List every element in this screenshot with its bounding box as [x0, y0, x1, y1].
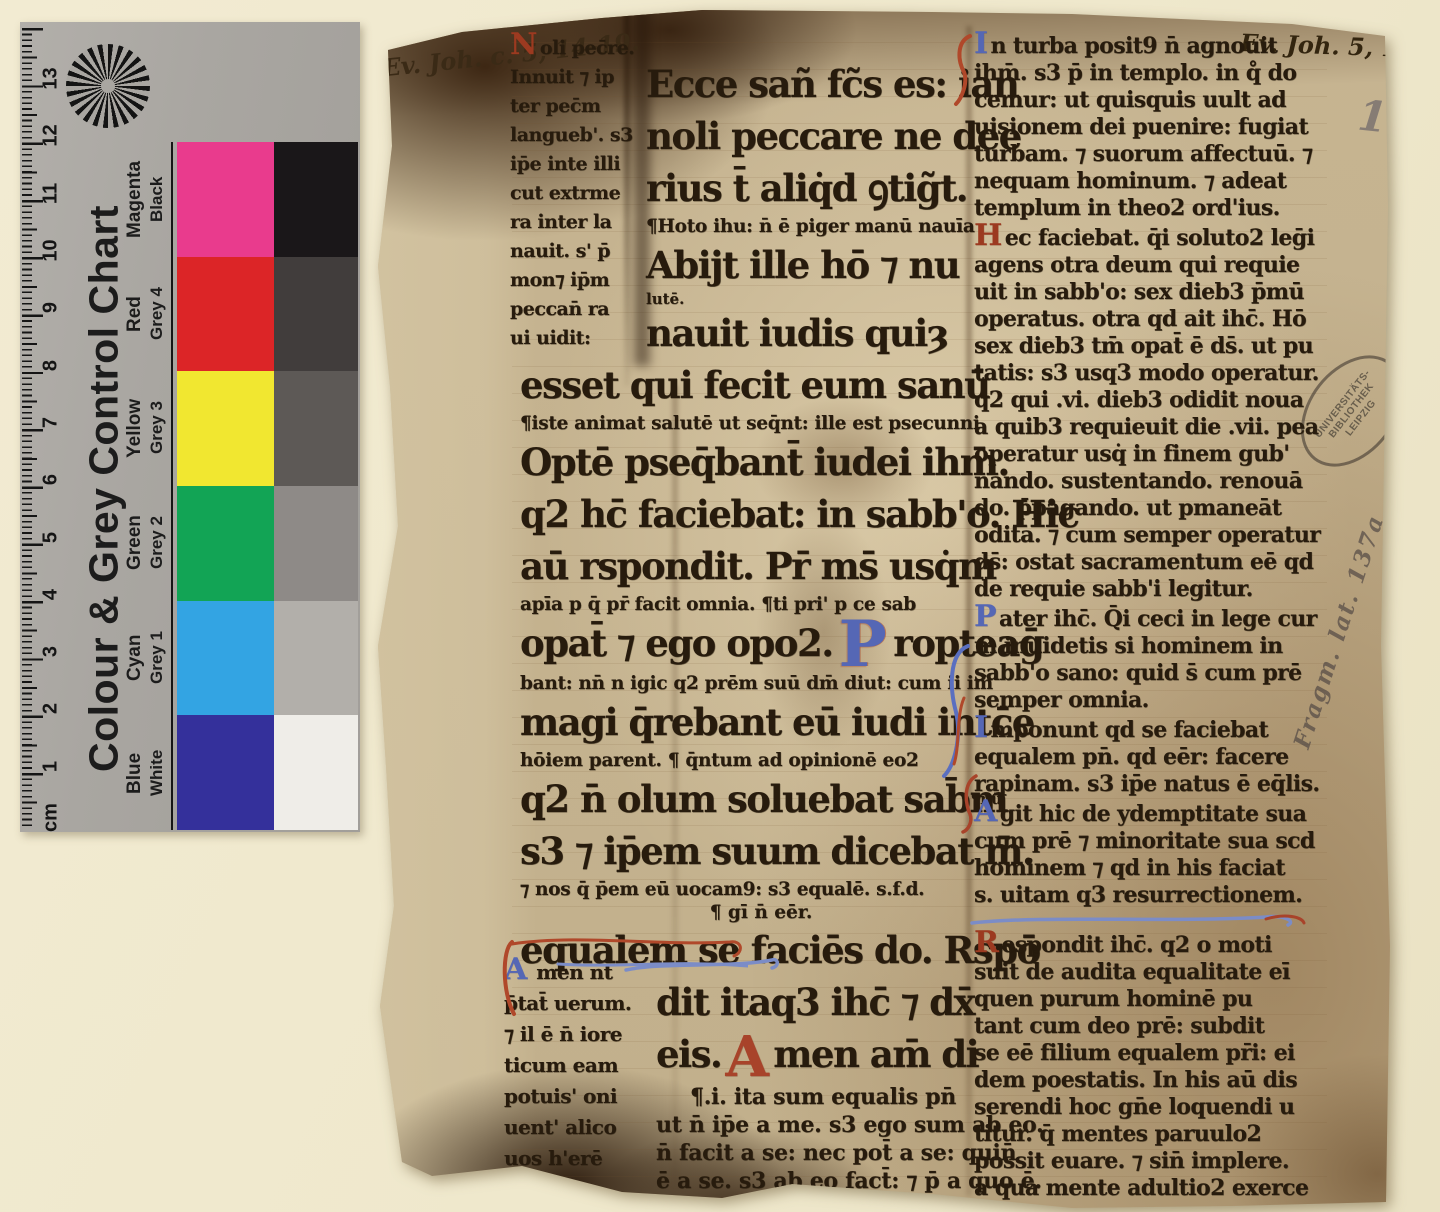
ruler-number: 8	[40, 350, 63, 380]
red-paragraph-flourish	[950, 32, 976, 108]
manuscript-line: titur. q̄ mentes paruulo2	[974, 1121, 1326, 1148]
decorated-initial: I	[974, 710, 987, 745]
manuscript-line: operatus. otra qd ait ihc̄. Hō	[974, 306, 1326, 333]
manuscript-line: Hec faciebat. q̄i soluto2 leḡi	[974, 222, 1326, 252]
manuscript-line: turbam. ⁊ suorum affectuū. ⁊	[974, 141, 1326, 168]
manuscript-line: a qua mente adultio2 exerce	[974, 1175, 1326, 1202]
ruler-number: 5	[40, 522, 63, 552]
manuscript-line: rapinam. s3 ip̄e natus ē eq̄lis.	[974, 771, 1326, 798]
chart-color-label: Blue	[124, 716, 146, 830]
red-blue-flourish	[498, 932, 748, 1022]
ruler-number: 6	[40, 465, 63, 495]
manuscript-line: serendi hoc gn̄e loquendi u	[974, 1094, 1326, 1121]
manuscript-line: semper omnia.	[974, 687, 1326, 714]
manuscript-line: ¶n̄ūq2 n̄ olum soluebat sab̄m	[520, 773, 1002, 825]
chart-grey-patch	[274, 142, 358, 257]
manuscript-line: se eē filium equalem pr̄i: ei	[974, 1040, 1326, 1067]
manuscript-line: uit in sabb'o: sex dieb3 p̄mū	[974, 279, 1326, 306]
chart-grey-patch	[274, 371, 358, 486]
manuscript-line: noli peccare ne dee	[520, 110, 1002, 162]
decorated-initial: H	[974, 218, 1002, 253]
manuscript-line: possit euare. ⁊ sin̄ implere.	[974, 1148, 1326, 1175]
manuscript-line: In turba posit9 n̄ agnouit	[974, 30, 1326, 60]
right-text-column: In turba posit9 n̄ agnouitihm̄. s3 p̄ in…	[974, 30, 1326, 1202]
decorated-initial: P	[974, 599, 996, 634]
ruler-number: 10	[40, 236, 63, 266]
chart-grey-label: White	[147, 716, 167, 830]
manuscript-line: nequam hominum. ⁊ adeat	[974, 168, 1326, 195]
ruler-number: 7	[40, 407, 63, 437]
manuscript-line: uisionem dei puenire: fugiat	[974, 114, 1326, 141]
manuscript-line: a quib3 requieuit die .vii. pea	[974, 414, 1326, 441]
decorated-initial: N	[510, 27, 537, 62]
manuscript-gloss-line: uos h'erē	[504, 1143, 656, 1174]
manuscript-line: Agit hic de ydemptitate sua	[974, 798, 1326, 828]
blue-underline-flourish	[622, 954, 782, 976]
manuscript-line: nauit iudis quiȝ	[520, 307, 1002, 359]
chart-grey-label: Black	[147, 142, 167, 256]
decorated-initial: I	[974, 26, 987, 61]
manuscript-line: ¶Hoto ihu: n̄ ē piger manū nauīa	[520, 214, 1002, 239]
manuscript-line: tant cum deo prē: subdit	[974, 1013, 1326, 1040]
manuscript-line: equalem pn̄. qd eēr: facere	[974, 744, 1326, 771]
manuscript-line: de requie sabb'i legitur.	[974, 576, 1326, 603]
manuscript-line: ⁊ nos q̄ p̄em eū uocam9: s3 equalē. s.f.…	[520, 877, 1002, 902]
manuscript-line: esset qui fecit eum sanū	[520, 359, 1002, 411]
manuscript-line: nando. sustentando. renouā	[974, 468, 1326, 495]
manuscript-line: operatur usq̇ in finem gub'	[974, 441, 1326, 468]
ruler-number: 2	[40, 694, 63, 724]
manuscript-line: sex dieb3 tm̄ opat̄ ē ds̄. ut pu	[974, 333, 1326, 360]
manuscript-line: hominem ⁊ qd in his faciat	[974, 855, 1326, 882]
ruler-number: 11	[40, 178, 63, 208]
manuscript-line: ¶iste animat salutē ut seq̄nt: ille est …	[520, 411, 1002, 436]
manuscript-fragment-wrap: Ev. Joh. c. 5, 14-19. Ev. Joh. 5, 14-19.…	[372, 6, 1398, 1210]
starburst-logo-icon	[66, 44, 150, 128]
manuscript-gloss-line: ⁊ il ē n̄ iore	[504, 1019, 656, 1050]
chart-patches	[177, 142, 358, 830]
manuscript-line: cum prē ⁊ minoritate sua scd	[974, 828, 1326, 855]
chart-grey-label: Grey 3	[147, 371, 167, 485]
manuscript-line: m̄ inuidetis si hominem in	[974, 633, 1326, 660]
chart-grey-patch	[274, 601, 358, 716]
photograph-canvas: { "color_chart": { "title": "Colour & Gr…	[0, 0, 1440, 1212]
chart-color-patch	[177, 257, 274, 372]
manuscript-line: tatis: s3 usq3 modo operatur.	[974, 360, 1326, 387]
manuscript-line: lutē.	[520, 291, 1002, 307]
manuscript-line: dem poestatis. In his aū dis	[974, 1067, 1326, 1094]
blue-paragraph-flourish	[940, 642, 974, 782]
page-number-pencil: 1	[1356, 91, 1390, 143]
ruler-unit-label: cm	[40, 803, 63, 833]
manuscript-line: quen purum hominē pu	[974, 986, 1326, 1013]
manuscript-line: bant: nn̄ n igic q2 prēm suū dm̄ diut: c…	[520, 671, 1002, 696]
chart-color-label: Magenta	[124, 142, 146, 256]
manuscript-line: ihm̄. s3 p̄ in templo. in q̊ do	[974, 60, 1326, 87]
chart-grey-patch	[274, 486, 358, 601]
manuscript-gloss-line: uent' alico	[504, 1112, 656, 1143]
chart-color-patch	[177, 715, 274, 830]
manuscript-line: templum in theo2 ord'ius.	[974, 195, 1326, 222]
manuscript-line: ds̄: ostat sacramentum eē qd	[974, 549, 1326, 576]
red-paragraph-flourish	[958, 772, 982, 836]
chart-color-patch	[177, 486, 274, 601]
ruler-number: 4	[40, 579, 63, 609]
label-divider-line	[171, 142, 173, 830]
manuscript-line: q2 hc̄ faciebat: in sabb'o. Hic	[520, 488, 1002, 540]
manuscript-line: hōiem parent. ¶ q̄ntum ad opinionē eo2	[520, 748, 1002, 773]
chart-color-label: Red	[124, 257, 146, 371]
ruler: 12345678910111213 cm	[20, 22, 60, 832]
chart-grey-patch	[274, 715, 358, 830]
manuscript-line: s3 ⁊ ip̄em suum dicebat m̄.	[520, 825, 1002, 877]
chart-color-patch	[177, 371, 274, 486]
manuscript-line: odita. ⁊ cum semper operatur	[974, 522, 1326, 549]
manuscript-line: Ecce sañ fc̃s es: ian	[520, 58, 1002, 110]
manuscript-line: do. p̄pagando. ut pmaneāt	[974, 495, 1326, 522]
ruler-number: 12	[40, 121, 63, 151]
manuscript-fragment: Ev. Joh. c. 5, 14-19. Ev. Joh. 5, 14-19.…	[372, 6, 1398, 1210]
manuscript-line: magi q̄rebant eū iudi intc̄e	[520, 696, 1002, 748]
chart-color-label: Green	[124, 486, 146, 600]
manuscript-line: agens otra deum qui requie	[974, 252, 1326, 279]
chart-color-patch	[177, 142, 274, 257]
decorated-initial: A	[721, 1024, 773, 1090]
manuscript-line: opat̄ ⁊ ego opo2.Propteaḡ	[520, 617, 1002, 671]
manuscript-line: ¶ gī n̄ eēr.	[520, 902, 1002, 924]
manuscript-line: sabb'o sano: quid s̄ cum prē	[974, 660, 1326, 687]
ruler-number: 13	[40, 64, 63, 94]
manuscript-line: rius t̄ aliq̇d ꝯtig̃t.	[520, 162, 1002, 214]
flourish-divider	[974, 909, 1326, 929]
manuscript-line: s. uitam q3 resurrectionem.	[974, 882, 1326, 909]
chart-grey-label: Grey 2	[147, 486, 167, 600]
manuscript-line: cemur: ut quisquis uult ad	[974, 87, 1326, 114]
ruler-number: 1	[40, 751, 63, 781]
decorated-initial: R	[974, 925, 998, 960]
chart-grey-label: Grey 4	[147, 257, 167, 371]
chart-color-label: Yellow	[124, 371, 146, 485]
manuscript-line: Pater ihc̄. Q̄i ceci in lege cur	[974, 603, 1326, 633]
manuscript-gloss-line: ticum eam	[504, 1050, 656, 1081]
colour-control-chart: 12345678910111213 cm Colour & Grey Contr…	[20, 22, 360, 832]
chart-grey-label: Grey 1	[147, 601, 167, 715]
manuscript-line: Abijt ille hō ⁊ nu	[520, 239, 1002, 291]
manuscript-line: Imponunt qd se faciebat	[974, 714, 1326, 744]
chart-grey-patch	[274, 257, 358, 372]
manuscript-gloss-line: potuis' oni	[504, 1081, 656, 1112]
manuscript-line: apīa p q̄ pr̄ facit omnia. ¶ti pri' p ce…	[520, 592, 1002, 617]
ruler-number: 3	[40, 637, 63, 667]
manuscript-line: Respondit ihc̄. q2 o moti	[974, 929, 1326, 959]
ruler-number: 9	[40, 293, 63, 323]
manuscript-line: Optē pseq̄bant̄ iudei ihm̄.	[520, 436, 1002, 488]
divider-flourish	[966, 911, 1306, 929]
manuscript-line: aū rspondit. Pr̄ ms̄ usq̇m	[520, 540, 1002, 592]
chart-color-patch	[177, 601, 274, 716]
chart-color-label: Cyan	[124, 601, 146, 715]
manuscript-line: q2 qui .vi. dieb3 odidit noua	[974, 387, 1326, 414]
manuscript-line: suit de audita equalitate eī	[974, 959, 1326, 986]
